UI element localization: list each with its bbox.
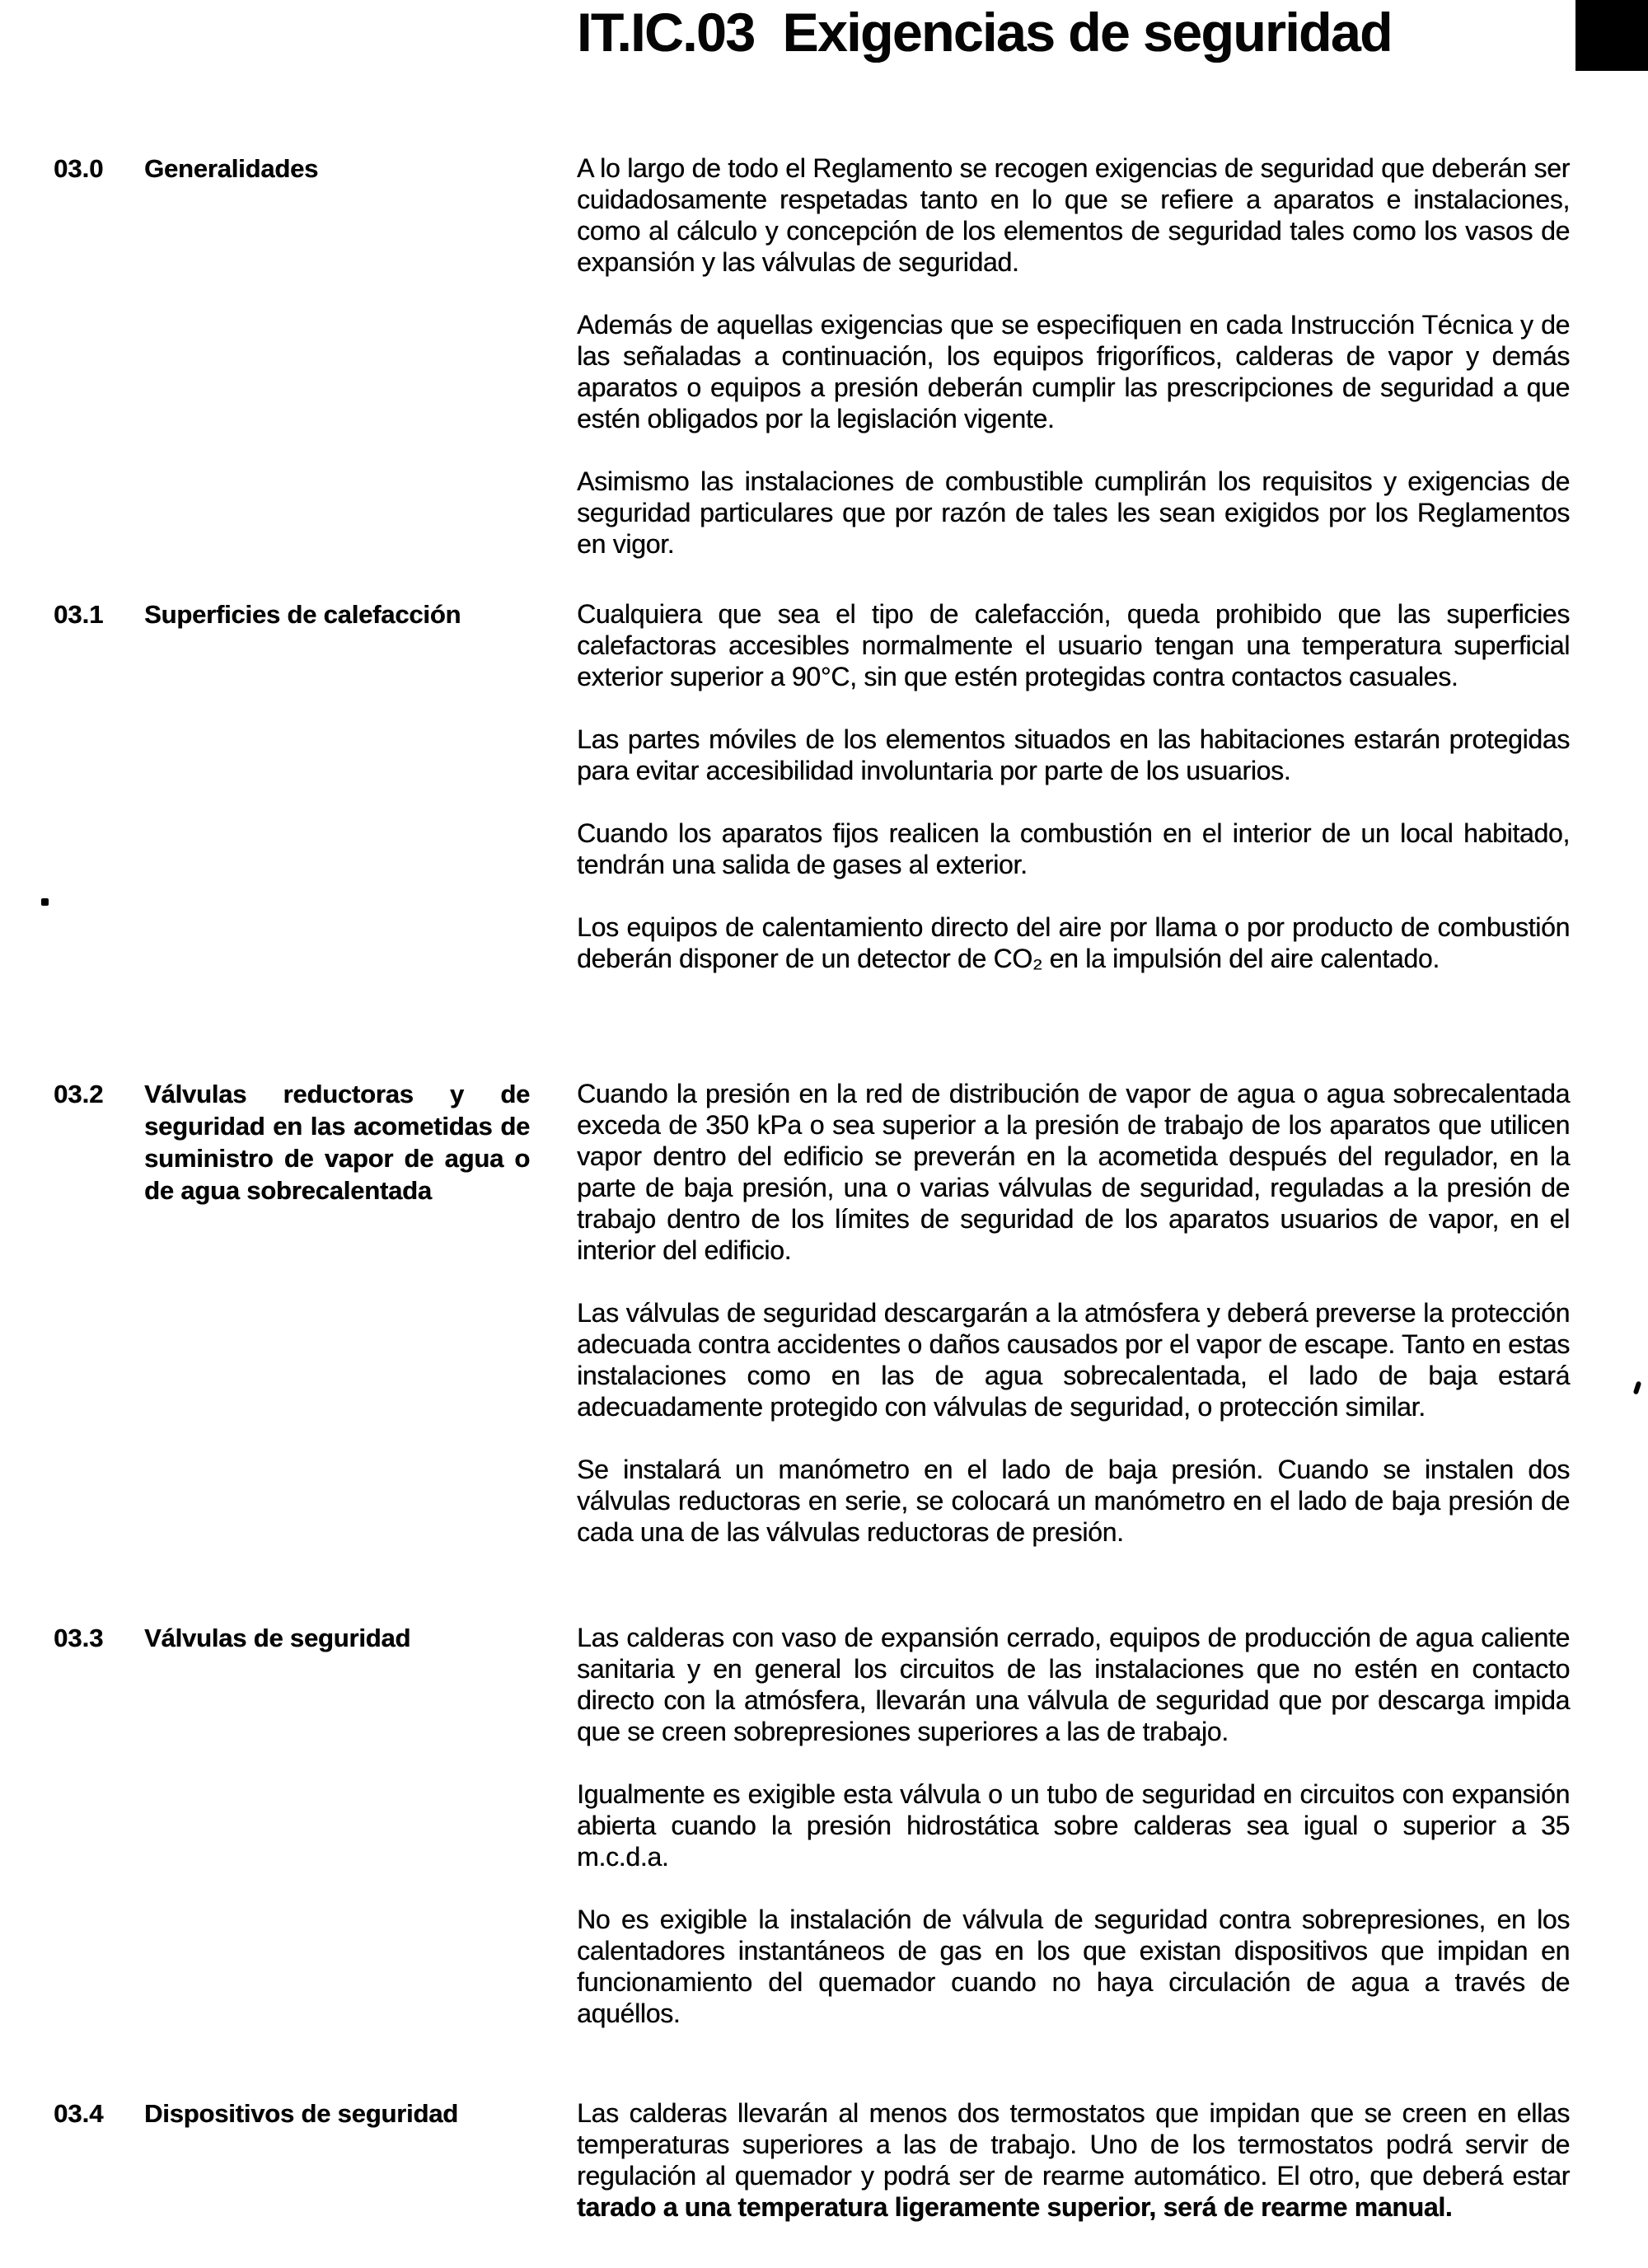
section-03-4-header: 03.4 Dispositivos de seguridad (54, 2097, 577, 2223)
section-03-3-body: Las calderas con vaso de expansión cerra… (577, 1622, 1570, 2029)
paragraph: Las partes móviles de los elementos situ… (577, 724, 1570, 786)
section-heading: Superficies de calefacción (144, 598, 530, 630)
paragraph: Las calderas con vaso de expansión cerra… (577, 1622, 1570, 1747)
section-number: 03.0 (54, 152, 144, 185)
section-03-4: 03.4 Dispositivos de seguridad Las calde… (54, 2097, 1570, 2223)
paragraph: No es exigible la instalación de válvula… (577, 1904, 1570, 2029)
paragraph: Cuando los aparatos fijos realicen la co… (577, 818, 1570, 880)
section-number: 03.2 (54, 1078, 144, 1110)
section-03-3-header: 03.3 Válvulas de seguridad (54, 1622, 577, 2029)
section-number: 03.4 (54, 2097, 144, 2130)
paragraph-text: Las calderas llevarán al menos dos termo… (577, 2098, 1570, 2191)
paragraph: Asimismo las instalaciones de combustibl… (577, 466, 1570, 560)
section-03-2-body: Cuando la presión en la red de distribuc… (577, 1078, 1570, 1548)
section-03-1-body: Cualquiera que sea el tipo de calefacció… (577, 598, 1570, 974)
scan-artifact-corner-block (1575, 0, 1648, 71)
paragraph: Se instalará un manómetro en el lado de … (577, 1454, 1570, 1548)
section-03-1-header: 03.1 Superficies de calefacción (54, 598, 577, 974)
section-heading: Generalidades (144, 152, 530, 185)
paragraph: Las calderas llevarán al menos dos termo… (577, 2097, 1570, 2223)
paragraph: Igualmente es exigible esta válvula o un… (577, 1778, 1570, 1872)
document-title-text: Exigencias de seguridad (782, 2, 1391, 63)
section-03-1: 03.1 Superficies de calefacción Cualquie… (54, 598, 1570, 974)
paragraph: Cuando la presión en la red de distribuc… (577, 1078, 1570, 1266)
section-heading: Válvulas de seguridad (144, 1622, 530, 1654)
section-heading: Dispositivos de seguridad (144, 2097, 530, 2130)
section-number: 03.3 (54, 1622, 144, 1654)
paragraph: Además de aquellas exigencias que se esp… (577, 309, 1570, 434)
section-heading: Válvulas reductoras y de seguridad en la… (144, 1078, 530, 1207)
paragraph: Las válvulas de seguridad descargarán a … (577, 1297, 1570, 1422)
scan-artifact-tick (1633, 1380, 1642, 1394)
section-03-3: 03.3 Válvulas de seguridad Las calderas … (54, 1622, 1570, 2029)
document-code: IT.IC.03 (577, 2, 754, 63)
paragraph: A lo largo de todo el Reglamento se reco… (577, 152, 1570, 278)
paragraph: Los equipos de calentamiento directo del… (577, 911, 1570, 974)
page-title: IT.IC.03 Exigencias de seguridad (577, 2, 1578, 63)
section-03-0-header: 03.0 Generalidades (54, 152, 577, 560)
section-03-0-body: A lo largo de todo el Reglamento se reco… (577, 152, 1570, 560)
section-03-0: 03.0 Generalidades A lo largo de todo el… (54, 152, 1570, 560)
section-03-2: 03.2 Válvulas reductoras y de seguridad … (54, 1078, 1570, 1548)
section-03-4-body: Las calderas llevarán al menos dos termo… (577, 2097, 1570, 2223)
section-03-2-header: 03.2 Válvulas reductoras y de seguridad … (54, 1078, 577, 1548)
section-number: 03.1 (54, 598, 144, 630)
paragraph-bold-tail: tarado a una temperatura ligeramente sup… (577, 2192, 1452, 2222)
paragraph: Cualquiera que sea el tipo de calefacció… (577, 598, 1570, 692)
scanned-document-page: IT.IC.03 Exigencias de seguridad 03.0 Ge… (0, 0, 1648, 2268)
scan-artifact-dot (41, 898, 49, 906)
